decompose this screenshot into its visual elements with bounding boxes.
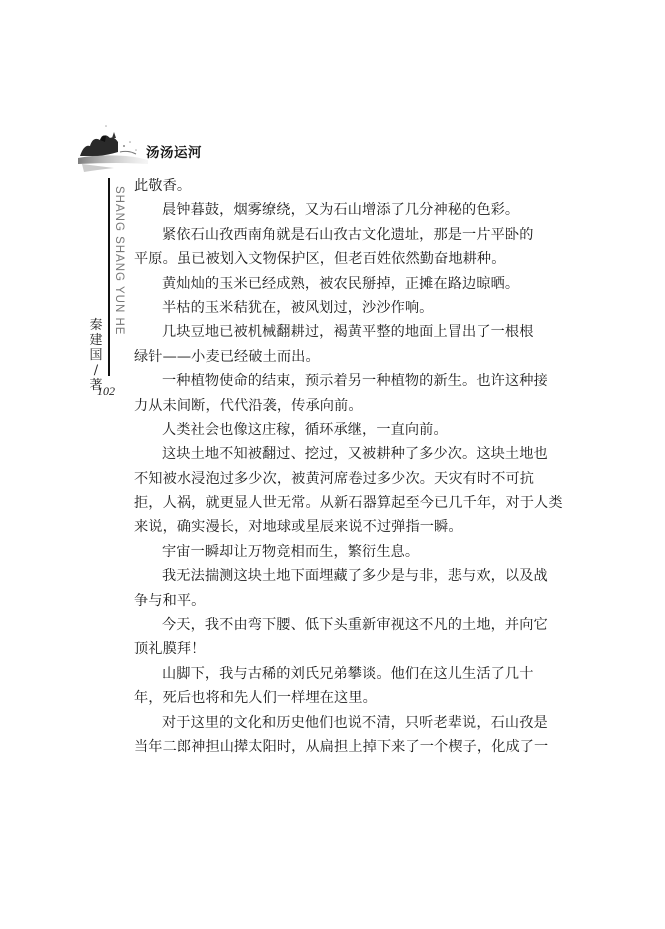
running-header: 汤汤运河 — [78, 122, 298, 174]
text-line: 当年二郎神担山撵太阳时，从扁担上掉下来了一个楔子，化成了一 — [134, 735, 530, 759]
page-number: 102 — [97, 384, 115, 399]
text-line: 不知被水浸泡过多少次，被黄河席卷过多少次。天灾有时不可抗 — [134, 467, 530, 491]
text-line: 山脚下，我与古稀的刘氏兄弟攀谈。他们在这儿生活了几十 — [134, 662, 530, 686]
text-line: 今天，我不由弯下腰、低下头重新审视这不凡的土地，并向它 — [134, 613, 530, 637]
book-title: 汤汤运河 — [146, 141, 202, 161]
author-char: / — [88, 363, 104, 378]
text-line: 人类社会也像这庄稼，循环承继，一直向前。 — [134, 418, 530, 442]
text-line: 宇宙一瞬却让万物竞相而生，繁衍生息。 — [134, 540, 530, 564]
text-line: 此敬香。 — [134, 174, 530, 198]
text-line: 绿针——小麦已经破土而出。 — [134, 345, 530, 369]
text-line: 顶礼膜拜！ — [134, 637, 530, 661]
text-line: 争与和平。 — [134, 589, 530, 613]
text-line: 年，死后也将和先人们一样埋在这里。 — [134, 686, 530, 710]
text-line: 来说，确实漫长，对地球或星辰来说不过弹指一瞬。 — [134, 515, 530, 539]
text-line: 几块豆地已被机械翻耕过，褐黄平整的地面上冒出了一根根 — [134, 320, 530, 344]
book-page: 汤汤运河 SHANG SHANG YUN HE 秦 建 国 / 著 102 此敬… — [0, 0, 665, 929]
author-char: 建 — [88, 333, 104, 348]
text-line: 黄灿灿的玉米已经成熟，被农民掰掉，正摊在路边晾晒。 — [134, 272, 530, 296]
text-line: 平原。虽已被划入文物保护区，但老百姓依然勤奋地耕种。 — [134, 247, 530, 271]
text-line: 对于这里的文化和历史他们也说不清，只听老辈说，石山孜是 — [134, 711, 530, 735]
text-line: 力从未间断，代代沿袭，传承向前。 — [134, 394, 530, 418]
text-line: 我无法揣测这块土地下面埋藏了多少是与非，悲与欢，以及战 — [134, 564, 530, 588]
text-line: 拒，人祸，就更显人世无常。从新石器算起至今已几千年，对于人类 — [134, 491, 530, 515]
text-line: 半枯的玉米秸犹在，被风划过，沙沙作响。 — [134, 296, 530, 320]
author-char: 国 — [88, 348, 104, 363]
text-line: 紧依石山孜西南角就是石山孜古文化遗址，那是一片平卧的 — [134, 223, 530, 247]
series-pinyin: SHANG SHANG YUN HE — [112, 186, 128, 356]
ink-landscape-icon — [78, 122, 150, 174]
series-pinyin-text: SHANG SHANG YUN HE — [113, 186, 125, 335]
author-char: 秦 — [88, 318, 104, 333]
text-line: 这块土地不知被翻过、挖过，又被耕种了多少次。这块土地也 — [134, 442, 530, 466]
text-line: 一种植物使命的结束，预示着另一种植物的新生。也许这种接 — [134, 369, 530, 393]
text-line: 晨钟暮鼓，烟雾缭绕，又为石山增添了几分神秘的色彩。 — [134, 198, 530, 222]
vertical-rule — [108, 178, 110, 376]
author-credit: 秦 建 国 / 著 — [88, 318, 104, 393]
body-text: 此敬香。晨钟暮鼓，烟雾缭绕，又为石山增添了几分神秘的色彩。紧依石山孜西南角就是石… — [134, 174, 530, 759]
